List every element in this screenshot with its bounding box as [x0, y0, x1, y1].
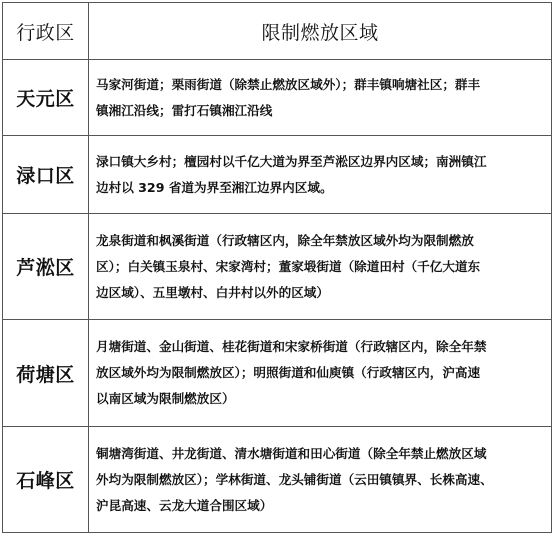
area-line: 镇湘江沿线；雷打石镇湘江沿线	[96, 98, 545, 124]
area-line: 铜塘湾街道、井龙街道、清水塘街道和田心街道（除全年禁止燃放区域	[96, 441, 545, 467]
table-row-lusong: 芦淞区 龙泉街道和枫溪街道（行政辖区内，除全年禁放区域外均为限制燃放 区）；白关…	[3, 214, 552, 320]
district-name: 天元区	[3, 60, 89, 136]
restricted-area-description: 马家河街道；栗雨街道（除禁止燃放区域外）；群丰镇响塘社区；群丰 镇湘江沿线；雷打…	[89, 60, 552, 136]
area-line: 以南区域为限制燃放区）	[96, 386, 545, 412]
table-row-tianyuan: 天元区 马家河街道；栗雨街道（除禁止燃放区域外）；群丰镇响塘社区；群丰 镇湘江沿…	[3, 60, 552, 136]
header-district: 行政区	[3, 3, 89, 60]
table-header-row: 行政区 限制燃放区域	[3, 3, 552, 60]
area-line: 沪昆高速、云龙大道合围区域）	[96, 493, 545, 519]
area-line: 渌口镇大乡村；檀园村以千亿大道为界至芦淞区边界内区域；南洲镇江	[96, 149, 545, 175]
area-line: 边村以 329 省道为界至湘江边界内区域。	[96, 175, 545, 201]
restricted-area-description: 渌口镇大乡村；檀园村以千亿大道为界至芦淞区边界内区域；南洲镇江 边村以 329 …	[89, 136, 552, 214]
district-name: 渌口区	[3, 136, 89, 214]
district-name: 芦淞区	[3, 214, 89, 320]
district-name: 石峰区	[3, 427, 89, 533]
restricted-area-description: 铜塘湾街道、井龙街道、清水塘街道和田心街道（除全年禁止燃放区域 外均为限制燃放区…	[89, 427, 552, 533]
area-line: 龙泉街道和枫溪街道（行政辖区内，除全年禁放区域外均为限制燃放	[96, 228, 545, 254]
area-line: 边区域）、五里墩村、白井村以外的区域）	[96, 280, 545, 306]
restricted-area-description: 月塘街道、金山街道、桂花街道和宋家桥街道（行政辖区内，除全年禁 放区域外均为限制…	[89, 320, 552, 427]
table-row-shifeng: 石峰区 铜塘湾街道、井龙街道、清水塘街道和田心街道（除全年禁止燃放区域 外均为限…	[3, 427, 552, 533]
area-line: 月塘街道、金山街道、桂花街道和宋家桥街道（行政辖区内，除全年禁	[96, 334, 545, 360]
area-line: 区）；白关镇玉泉村、宋家湾村；董家塅街道（除道田村（千亿大道东	[96, 254, 545, 280]
restricted-fireworks-zones-table: 行政区 限制燃放区域 天元区 马家河街道；栗雨街道（除禁止燃放区域外）；群丰镇响…	[2, 2, 552, 533]
district-name: 荷塘区	[3, 320, 89, 427]
table-row-lukou: 渌口区 渌口镇大乡村；檀园村以千亿大道为界至芦淞区边界内区域；南洲镇江 边村以 …	[3, 136, 552, 214]
area-line: 外均为限制燃放区）；学林街道、龙头铺街道（云田镇镇界、长株高速、	[96, 467, 545, 493]
header-restricted-area: 限制燃放区域	[89, 3, 552, 60]
table-row-hetang: 荷塘区 月塘街道、金山街道、桂花街道和宋家桥街道（行政辖区内，除全年禁 放区域外…	[3, 320, 552, 427]
area-line: 放区域外均为限制燃放区）；明照街道和仙庾镇（行政辖区内，沪高速	[96, 360, 545, 386]
restricted-area-description: 龙泉街道和枫溪街道（行政辖区内，除全年禁放区域外均为限制燃放 区）；白关镇玉泉村…	[89, 214, 552, 320]
area-line: 马家河街道；栗雨街道（除禁止燃放区域外）；群丰镇响塘社区；群丰	[96, 72, 545, 98]
